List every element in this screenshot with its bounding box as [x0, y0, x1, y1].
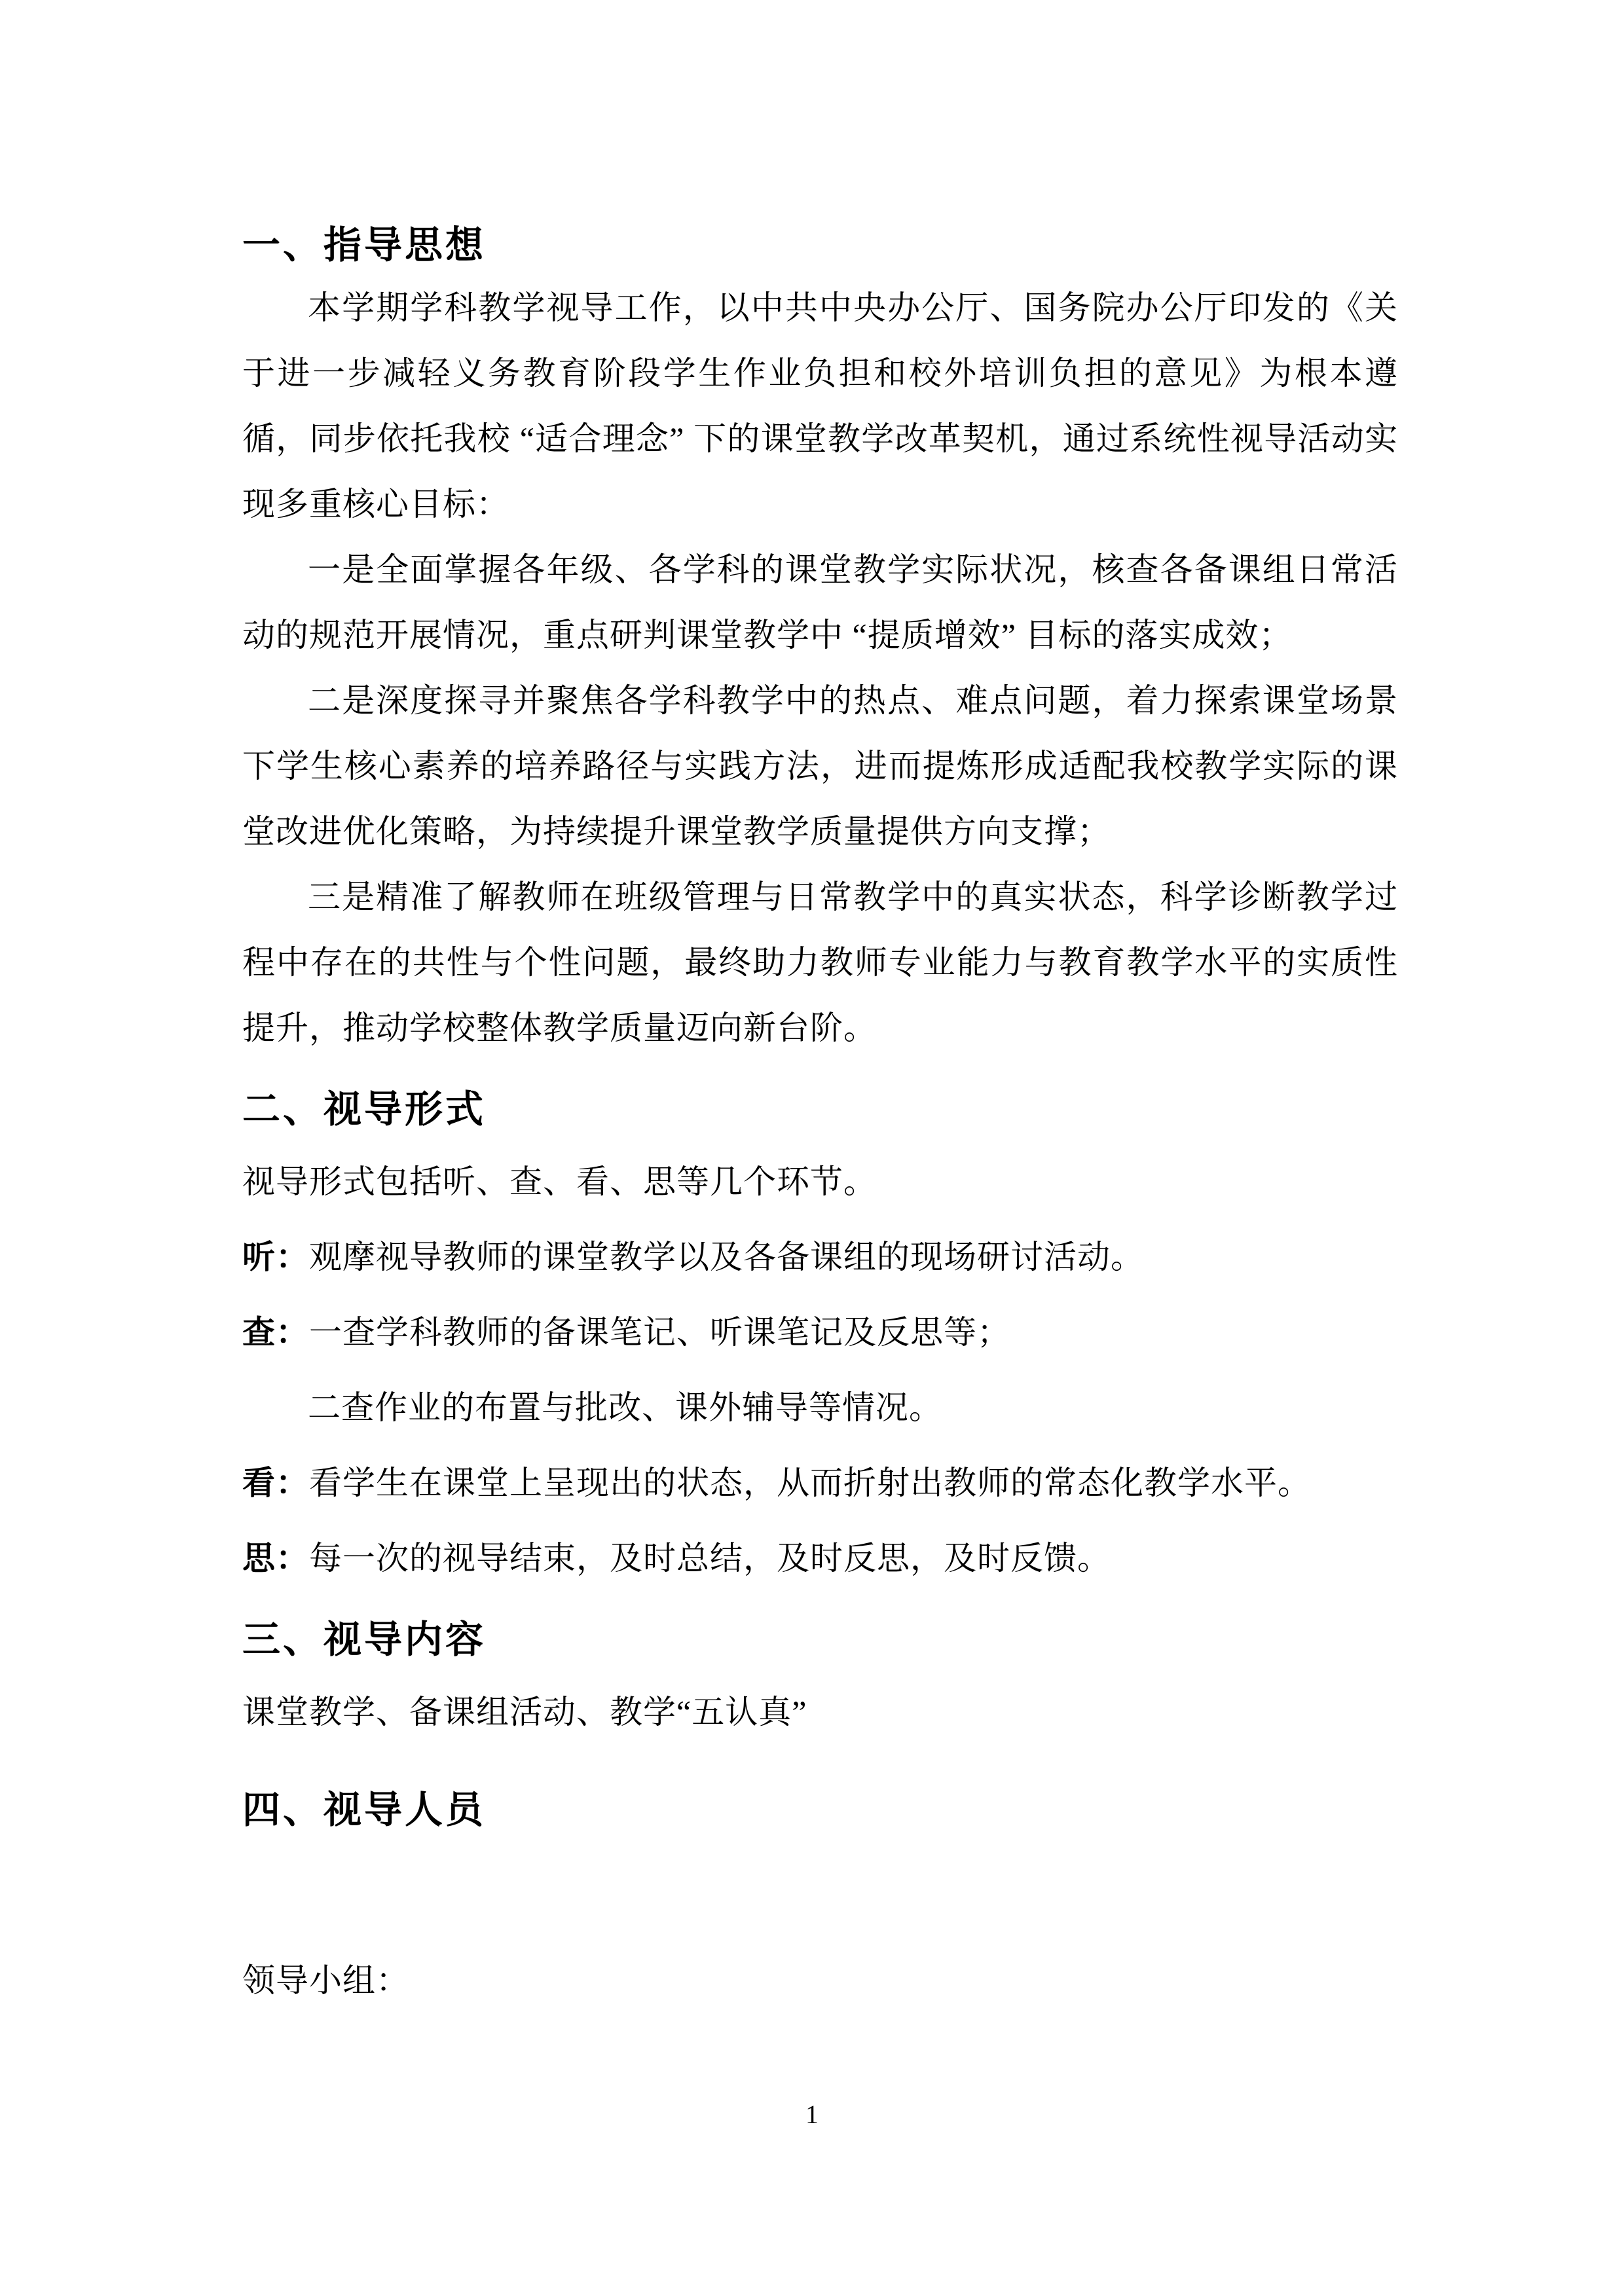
item-text-listen: 观摩视导教师的课堂教学以及各备课组的现场研讨活动。 [309, 1239, 1144, 1275]
section-1-paragraph-1: 本学期学科教学视导工作，以中共中央办公厅、国务院办公厅印发的《关于进一步减轻义务… [242, 275, 1398, 537]
item-lead-watch: 看： [242, 1465, 309, 1501]
item-text-think: 每一次的视导结束，及时总结，及时反思，及时反馈。 [309, 1540, 1111, 1576]
supervision-item-check-2: 二查作业的布置与批改、课外辅导等情况。 [242, 1375, 1398, 1440]
page-number: 1 [0, 2092, 1624, 2138]
item-text-check: 一查学科教师的备课笔记、听课笔记及反思等； [309, 1314, 1010, 1351]
item-lead-listen: 听： [242, 1239, 309, 1275]
supervision-item-check: 查：一查学科教师的备课笔记、听课笔记及反思等； [242, 1300, 1398, 1365]
supervision-item-listen: 听：观摩视导教师的课堂教学以及各备课组的现场研讨活动。 [242, 1224, 1398, 1290]
section-1-paragraph-3: 二是深度探寻并聚焦各学科教学中的热点、难点问题，着力探索课堂场景下学生核心素养的… [242, 668, 1398, 864]
section-1-heading: 一、指导思想 [242, 216, 1398, 275]
section-1-paragraph-2: 一是全面掌握各年级、各学科的课堂教学实际状况，核查各备课组日常活动的规范开展情况… [242, 537, 1398, 668]
leading-group-label: 领导小组： [242, 1948, 1398, 2013]
section-1-paragraph-4: 三是精准了解教师在班级管理与日常教学中的真实状态，科学诊断教学过程中存在的共性与… [242, 864, 1398, 1061]
item-lead-think: 思： [242, 1540, 309, 1576]
supervision-item-watch: 看：看学生在课堂上呈现出的状态，从而折射出教师的常态化教学水平。 [242, 1450, 1398, 1516]
item-text-watch: 看学生在课堂上呈现出的状态，从而折射出教师的常态化教学水平。 [309, 1465, 1311, 1501]
section-4-heading: 四、视导人员 [242, 1781, 1398, 1840]
supervision-item-think: 思：每一次的视导结束，及时总结，及时反思，及时反馈。 [242, 1525, 1398, 1591]
item-lead-check: 查： [242, 1314, 309, 1351]
section-3-heading: 三、视导内容 [242, 1611, 1398, 1669]
section-3-content: 课堂教学、备课组活动、教学“五认真” [242, 1679, 1398, 1745]
document-page: 一、指导思想 本学期学科教学视导工作，以中共中央办公厅、国务院办公厅印发的《关于… [0, 0, 1624, 2296]
section-2-intro: 视导形式包括听、查、看、思等几个环节。 [242, 1149, 1398, 1214]
item-text-check-2: 二查作业的布置与批改、课外辅导等情况。 [308, 1389, 942, 1426]
section-2-heading: 二、视导形式 [242, 1080, 1398, 1139]
